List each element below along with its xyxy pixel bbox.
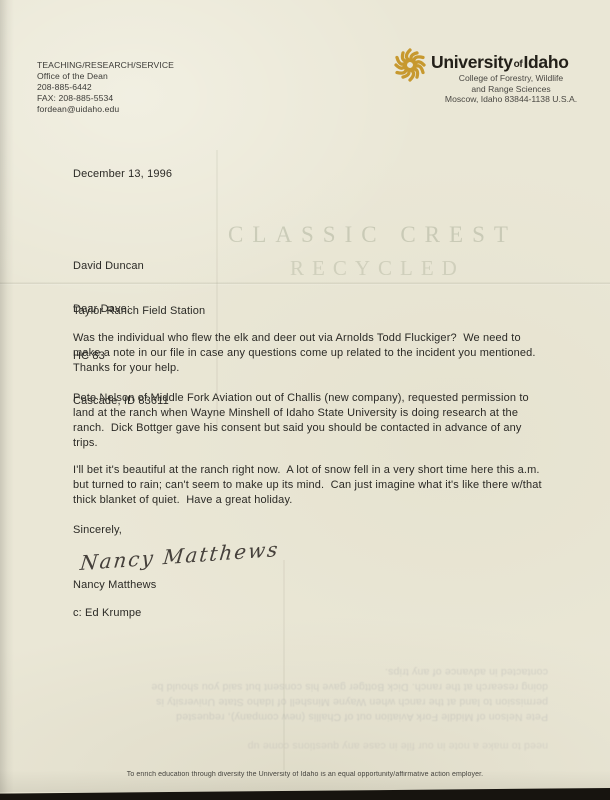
bleed-through-line: need to make a note in our file in case … — [150, 740, 548, 752]
college-address: Moscow, Idaho 83844-1138 U.S.A. — [432, 94, 590, 105]
typed-sender-name: Nancy Matthews — [73, 578, 156, 593]
bleed-through-line: Pete Nelson of Middle Fork Aviation out … — [62, 711, 548, 723]
scan-edge-shadow-left — [0, 0, 14, 800]
bleed-through-line: contacted in advance of any trips. — [200, 666, 548, 678]
paper-streak — [216, 150, 218, 430]
college-line-1: College of Forestry, Wildlife — [432, 73, 590, 84]
bleed-through-line: doing research at the ranch. Dick Bottge… — [62, 681, 548, 693]
scan-bottom-shadow — [0, 770, 610, 792]
scanned-letter-page: TEACHING/RESEARCH/SERVICE Office of the … — [0, 0, 610, 800]
university-of: of — [514, 59, 523, 70]
university-idaho: Idaho — [523, 52, 568, 72]
handwritten-signature: Nancy Matthews — [79, 537, 281, 575]
salutation: Dear Dave: — [73, 302, 130, 317]
fold-crease — [0, 282, 610, 285]
university-name: UniversityofIdaho — [431, 52, 569, 73]
bleed-through-line: permission to land at the ranch when Way… — [62, 696, 548, 708]
paragraph-1: Was the individual who flew the elk and … — [73, 331, 547, 376]
letterhead-phone: 208-885-6442 — [37, 82, 174, 93]
watermark-recycled: RECYCLED — [228, 256, 548, 281]
paper-streak — [283, 560, 285, 770]
letterhead-left-block: TEACHING/RESEARCH/SERVICE Office of the … — [37, 60, 174, 115]
letterhead-office: Office of the Dean — [37, 71, 174, 82]
paragraph-3: I'll bet it's beautiful at the ranch rig… — [73, 463, 551, 508]
paragraph-2: Pete Nelson of Middle Fork Aviation out … — [73, 391, 547, 451]
university-word: University — [431, 52, 513, 72]
letterhead-division: TEACHING/RESEARCH/SERVICE — [37, 60, 174, 71]
letter-date: December 13, 1996 — [73, 167, 172, 182]
watermark-brand: CLASSIC CREST — [228, 222, 548, 248]
recipient-name: David Duncan — [73, 259, 205, 274]
university-sunburst-logo-icon — [391, 46, 429, 84]
paper-watermark: CLASSIC CREST RECYCLED — [228, 222, 548, 281]
closing: Sincerely, — [73, 523, 122, 538]
letterhead-email: fordean@uidaho.edu — [37, 104, 174, 115]
college-line-2: and Range Sciences — [432, 84, 590, 95]
letterhead-fax: FAX: 208-885-5534 — [37, 93, 174, 104]
cc-line: c: Ed Krumpe — [73, 606, 141, 621]
college-block: College of Forestry, Wildlife and Range … — [432, 73, 590, 105]
